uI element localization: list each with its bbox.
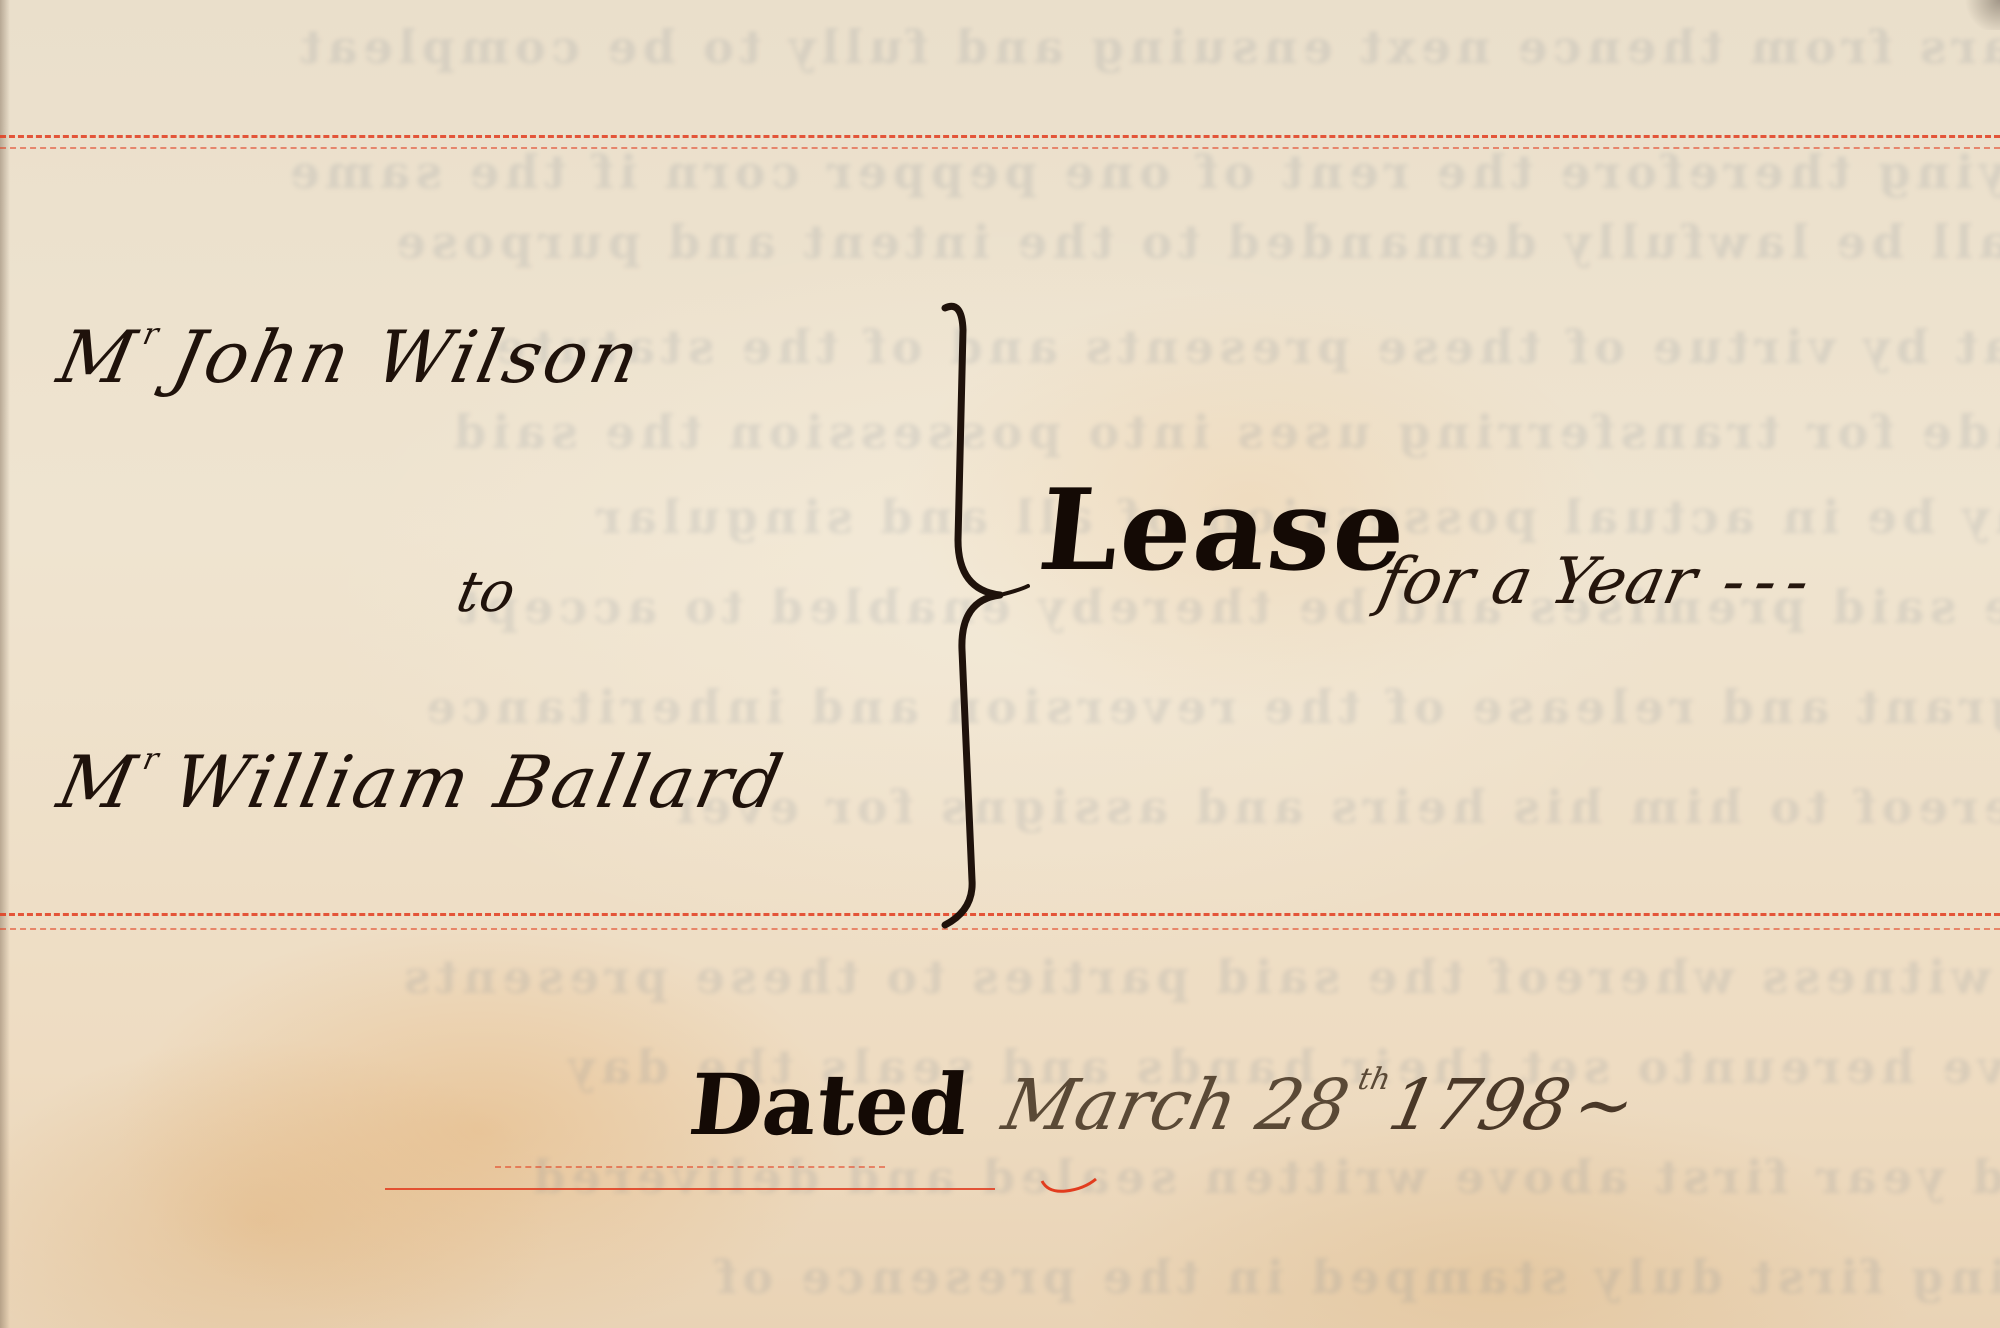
instrument-trailing-dashes: ---: [1715, 545, 1826, 619]
instrument-subtitle: for a Year: [1372, 545, 1703, 619]
lessor-name-line: MrJohn Wilson: [51, 315, 649, 399]
red-rule-bottom-lower: [385, 1188, 995, 1190]
dated-value-line: March 28th1798~: [996, 1062, 1643, 1146]
bleed-through-line: In witness whereof the said parties to t…: [0, 950, 2000, 1004]
lessee-honorific: M: [51, 740, 146, 824]
dated-flourish: ~: [1566, 1064, 1642, 1146]
lessor-name: John Wilson: [165, 315, 649, 399]
brace-icon: [900, 290, 1030, 930]
page-corner-shadow: [1960, 0, 2000, 30]
lessee-name: William Ballard: [165, 740, 792, 824]
dated-day-suffix: th: [1355, 1062, 1394, 1097]
bleed-through-line: have hereunto set their hands and seals …: [0, 1040, 2000, 1094]
red-rule-top-lower: [0, 147, 2000, 149]
bleed-through-line: being first duly stamped in the presence…: [0, 1250, 2000, 1304]
connector-word: to: [451, 560, 521, 625]
instrument-subtitle-line: for a Year ---: [1372, 545, 1826, 619]
page-edge-shadow: [0, 0, 10, 1328]
lessee-name-line: MrWilliam Ballard: [51, 740, 792, 824]
red-rule-bottom-upper: [495, 1166, 885, 1168]
dated-month-day: March 28: [996, 1064, 1356, 1146]
bleed-through-line: years from thence next ensuing and fully…: [0, 20, 2000, 74]
dated-year: 1798: [1382, 1064, 1578, 1146]
document-page: years from thence next ensuing and fully…: [0, 0, 2000, 1328]
bleed-through-line: paying therefore the rent of one pepper …: [0, 145, 2000, 199]
bleed-through-line: and year first above written sealed and …: [0, 1150, 2000, 1204]
lessor-honorific: M: [51, 315, 146, 399]
bleed-through-line: shall be lawfully demanded to the intent…: [0, 215, 2000, 269]
red-rule-top-upper: [0, 135, 2000, 138]
instrument-title: Lease: [1033, 465, 1414, 596]
dated-label: Dated: [685, 1055, 974, 1154]
red-rule-flourish: [1040, 1175, 1100, 1205]
